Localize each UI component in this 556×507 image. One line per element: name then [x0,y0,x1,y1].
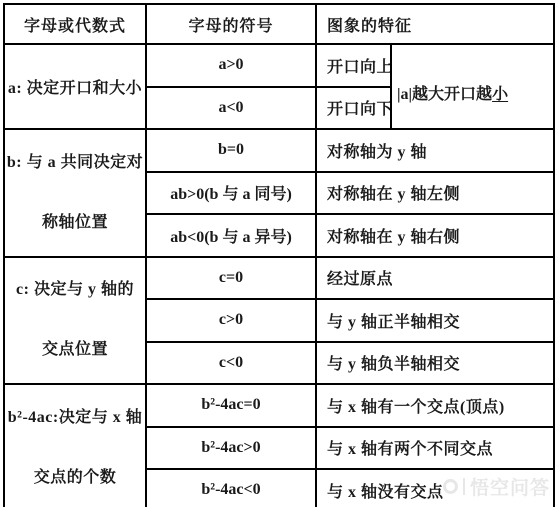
note-underlined-text: 小 [492,86,508,103]
note-main-text: |a|越大开口越 [397,86,492,103]
feature-axis-left-of-y: 对称轴在 y 轴左侧 [316,172,554,215]
watermark: 悟空问答 [443,473,550,499]
quadratic-properties-table: 字母或代数式 字母的符号 图象的特征 a: 决定开口和大小 a>0 开口向上 |… [3,3,555,507]
header-letter-or-expression: 字母或代数式 [4,4,146,44]
section-a-label: a: 决定开口和大小 [4,44,146,129]
section-discriminant-label: b²-4ac:决定与 x 轴 交点的个数 [4,384,146,507]
section-b-label: b: 与 a 共同决定对 称轴位置 [4,129,146,257]
section-discriminant-label-line2: 交点的个数 [5,448,145,507]
watermark-text: 悟空问答 [470,473,550,500]
note-abs-a-size: |a|越大开口越小 [391,44,554,129]
sign-discriminant-negative: b²-4ac<0 [146,469,316,507]
section-b-label-line2: 称轴位置 [5,193,145,253]
header-graph-feature: 图象的特征 [316,4,554,44]
header-letter-sign: 字母的符号 [146,4,316,44]
feature-axis-right-of-y: 对称轴在 y 轴右侧 [316,214,554,257]
watermark-divider [463,478,465,495]
feature-opens-upward: 开口向上 [316,44,391,87]
section-a-label-text: a: 决定开口和大小 [5,75,145,98]
feature-opens-downward: 开口向下 [316,87,391,130]
feature-through-origin: 经过原点 [316,257,554,300]
feature-positive-y-intercept: 与 y 轴正半轴相交 [316,299,554,342]
section-c-label: c: 决定与 y 轴的 交点位置 [4,257,146,385]
feature-axis-is-y: 对称轴为 y 轴 [316,129,554,172]
wukong-logo-icon [443,479,458,494]
sign-a-negative: a<0 [146,87,316,130]
table-row: b: 与 a 共同决定对 称轴位置 b=0 对称轴为 y 轴 [4,129,554,172]
table-row: b²-4ac:决定与 x 轴 交点的个数 b²-4ac=0 与 x 轴有一个交点… [4,384,554,427]
section-b-label-line1: b: 与 a 共同决定对 [5,133,145,193]
sign-a-positive: a>0 [146,44,316,87]
table-header-row: 字母或代数式 字母的符号 图象的特征 [4,4,554,44]
feature-one-x-intercept: 与 x 轴有一个交点(顶点) [316,384,554,427]
sign-ab-negative: ab<0(b 与 a 异号) [146,214,316,257]
sign-c-zero: c=0 [146,257,316,300]
feature-two-x-intercepts: 与 x 轴有两个不同交点 [316,427,554,470]
sign-c-positive: c>0 [146,299,316,342]
table-row: c: 决定与 y 轴的 交点位置 c=0 经过原点 [4,257,554,300]
section-discriminant-label-line1: b²-4ac:决定与 x 轴 [5,388,145,448]
table-row: a: 决定开口和大小 a>0 开口向上 |a|越大开口越小 [4,44,554,87]
sign-b-zero: b=0 [146,129,316,172]
sign-discriminant-zero: b²-4ac=0 [146,384,316,427]
section-c-label-line1: c: 决定与 y 轴的 [5,260,145,320]
section-c-label-line2: 交点位置 [5,320,145,380]
sign-c-negative: c<0 [146,342,316,385]
feature-negative-y-intercept: 与 y 轴负半轴相交 [316,342,554,385]
sign-ab-positive: ab>0(b 与 a 同号) [146,172,316,215]
sign-discriminant-positive: b²-4ac>0 [146,427,316,470]
